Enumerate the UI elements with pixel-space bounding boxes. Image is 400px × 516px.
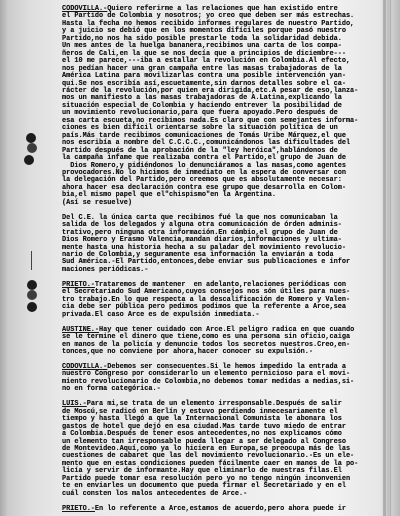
punch-hole [24, 155, 34, 165]
text-line: cuál consten los malos antecedentes de A… [62, 491, 382, 498]
punch-hole [27, 280, 37, 290]
text-line: (Así se resuelve) [62, 200, 382, 207]
text-line: privada.El caso Arce es de expulsión inm… [62, 312, 382, 319]
punch-hole [26, 133, 36, 143]
punch-hole [27, 143, 37, 153]
speaker-name: PRIETO.- [62, 505, 95, 513]
paragraph: PRIETO.-En lo referente a Arce,estamos d… [62, 506, 382, 513]
typewritten-text-body: CODOVILLA.-Quiero referirme a las relaci… [62, 6, 382, 513]
page-fold-shadow [383, 0, 386, 516]
text-line: tonces,que no conviene por ahora,hacer c… [62, 349, 382, 356]
punch-hole [27, 302, 37, 312]
margin-tick-mark [31, 258, 32, 270]
page-edge-line [390, 0, 391, 516]
text-line: no en forma categórica.- [62, 386, 382, 393]
paragraph: PRIETO.-Trataremos de mantener en adelan… [62, 282, 382, 319]
punch-hole [27, 290, 37, 300]
paragraph: CODOVILLA.-Debemos ser consecuentes.Si l… [62, 364, 382, 394]
paragraph: LUIS.-Para mi,se trata de un elemento ir… [62, 401, 382, 498]
paragraph: CODOVILLA.-Quiero referirme a las relaci… [62, 6, 382, 207]
paragraph: Del C.E. la única carta que recibimos fu… [62, 215, 382, 275]
text-line: maciones periódicas.- [62, 267, 382, 274]
paragraph: AUSTINE.-Hay que tener cuidado con Arce.… [62, 327, 382, 357]
text-line: PRIETO.-En lo referente a Arce,estamos d… [62, 506, 382, 513]
